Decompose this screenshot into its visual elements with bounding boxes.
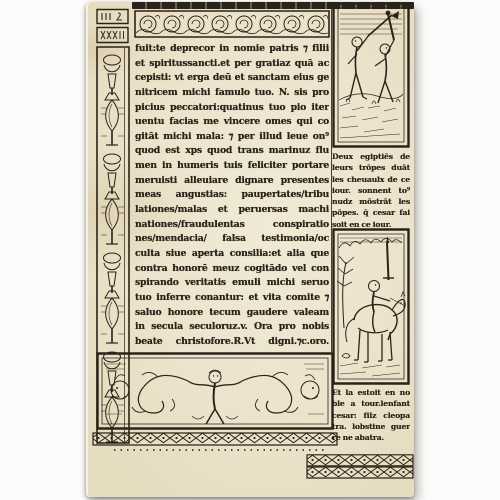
floral-scroll-ornament (134, 10, 330, 38)
text-line: saluo honore tecum gaudere valeam (135, 306, 329, 321)
woodcut-trumpeters (332, 2, 410, 148)
caption-line: pōpes. q̄ cesar fai (332, 207, 410, 218)
text-line: picius peccatori:quatinus tuo pio iter (135, 101, 329, 116)
text-line: fuit:te deprecor in nomie patris ⁊ filii (135, 42, 329, 57)
caption-trumpeters: Deux egiptiēs de leurs trōpes duāt les c… (332, 151, 410, 230)
text-line: gitāt michi mala: ⁊ per illud leue on⁹ (135, 130, 329, 145)
text-line: contra honorē meuz cogitādo vel con (135, 262, 329, 277)
photo-background: fuit:te deprecor in nomie patris ⁊ filii… (0, 0, 500, 500)
text-line: spirando veritatis emuli michi seruo (135, 276, 329, 291)
text-line: in secula seculoruz.v. Ora pro nobis (135, 320, 329, 335)
text-line: nitricem michi famulo tuo. N. sis pro (135, 86, 329, 101)
text-line: beate christofore.R.Vt digni.⁊c.oro. (135, 335, 329, 350)
text-line: nes/mendacia/ falsa testimonia/oc (135, 232, 329, 247)
text-line: cepisti: vt erga deū et sanctam eius ge (135, 71, 329, 86)
text-line: quod est xps quod trans marinuz flu (135, 144, 329, 159)
text-line: lationes/malas et peruersas machi (135, 203, 329, 218)
caption-line: nudz mōstrāt les (332, 196, 410, 207)
text-line: culta siue aperta consilia:et alia que (135, 247, 329, 262)
text-line: nationes/fraudulentas conspiratio (135, 218, 329, 233)
caption-line: les cheuaulx de ce (332, 174, 410, 185)
text-line: tuo inferre conantur: et vita comite ⁊ (135, 291, 329, 306)
caption-line: cesar: filz cleopa (332, 410, 410, 421)
bottom-dotted-line (114, 449, 328, 451)
bottom-figural-border (96, 352, 334, 430)
right-chain-ornament (306, 454, 414, 479)
text-line: men in humeris tuis feliciter portare (135, 159, 329, 174)
caption-line: tra. lobstine guer (332, 421, 410, 432)
bottom-chain-drawing (92, 432, 338, 446)
top-floral-border (134, 10, 330, 38)
caption-line: Et la estoit en no (332, 387, 410, 398)
corner-ornament-block (96, 8, 130, 45)
bottom-border-illustration (96, 352, 334, 430)
text-line: meas angustias: paupertates/tribu (135, 188, 329, 203)
caption-line: iour. sonnent to⁹ (332, 185, 410, 196)
caption-line: Deux egiptiēs de (332, 151, 410, 162)
woodcut-caesar-rider (332, 228, 410, 385)
caption-line: ble a tour.lenfant (332, 398, 410, 409)
text-line: et spiritussancti.et per gratiaz quā ac (135, 57, 329, 72)
caption-line: leurs trōpes duāt (332, 162, 410, 173)
chain-ornament-drawing (306, 454, 414, 479)
caption-caesar: Et la estoit en no ble a tour.lenfant ce… (332, 387, 410, 443)
corner-ornament-drawing (96, 8, 130, 45)
text-line: meruisti alleuiare dignare presentes (135, 174, 329, 189)
latin-text-block: fuit:te deprecor in nomie patris ⁊ filii… (135, 42, 329, 351)
caption-line: re ne abatra. (332, 432, 410, 443)
manuscript-leaf: fuit:te deprecor in nomie patris ⁊ filii… (86, 2, 414, 497)
trumpeters-illustration (332, 2, 410, 148)
text-line: uentu facias me vincere omes qui co (135, 115, 329, 130)
bottom-chain-ornament (92, 432, 338, 446)
caesar-rider-illustration (332, 228, 410, 385)
